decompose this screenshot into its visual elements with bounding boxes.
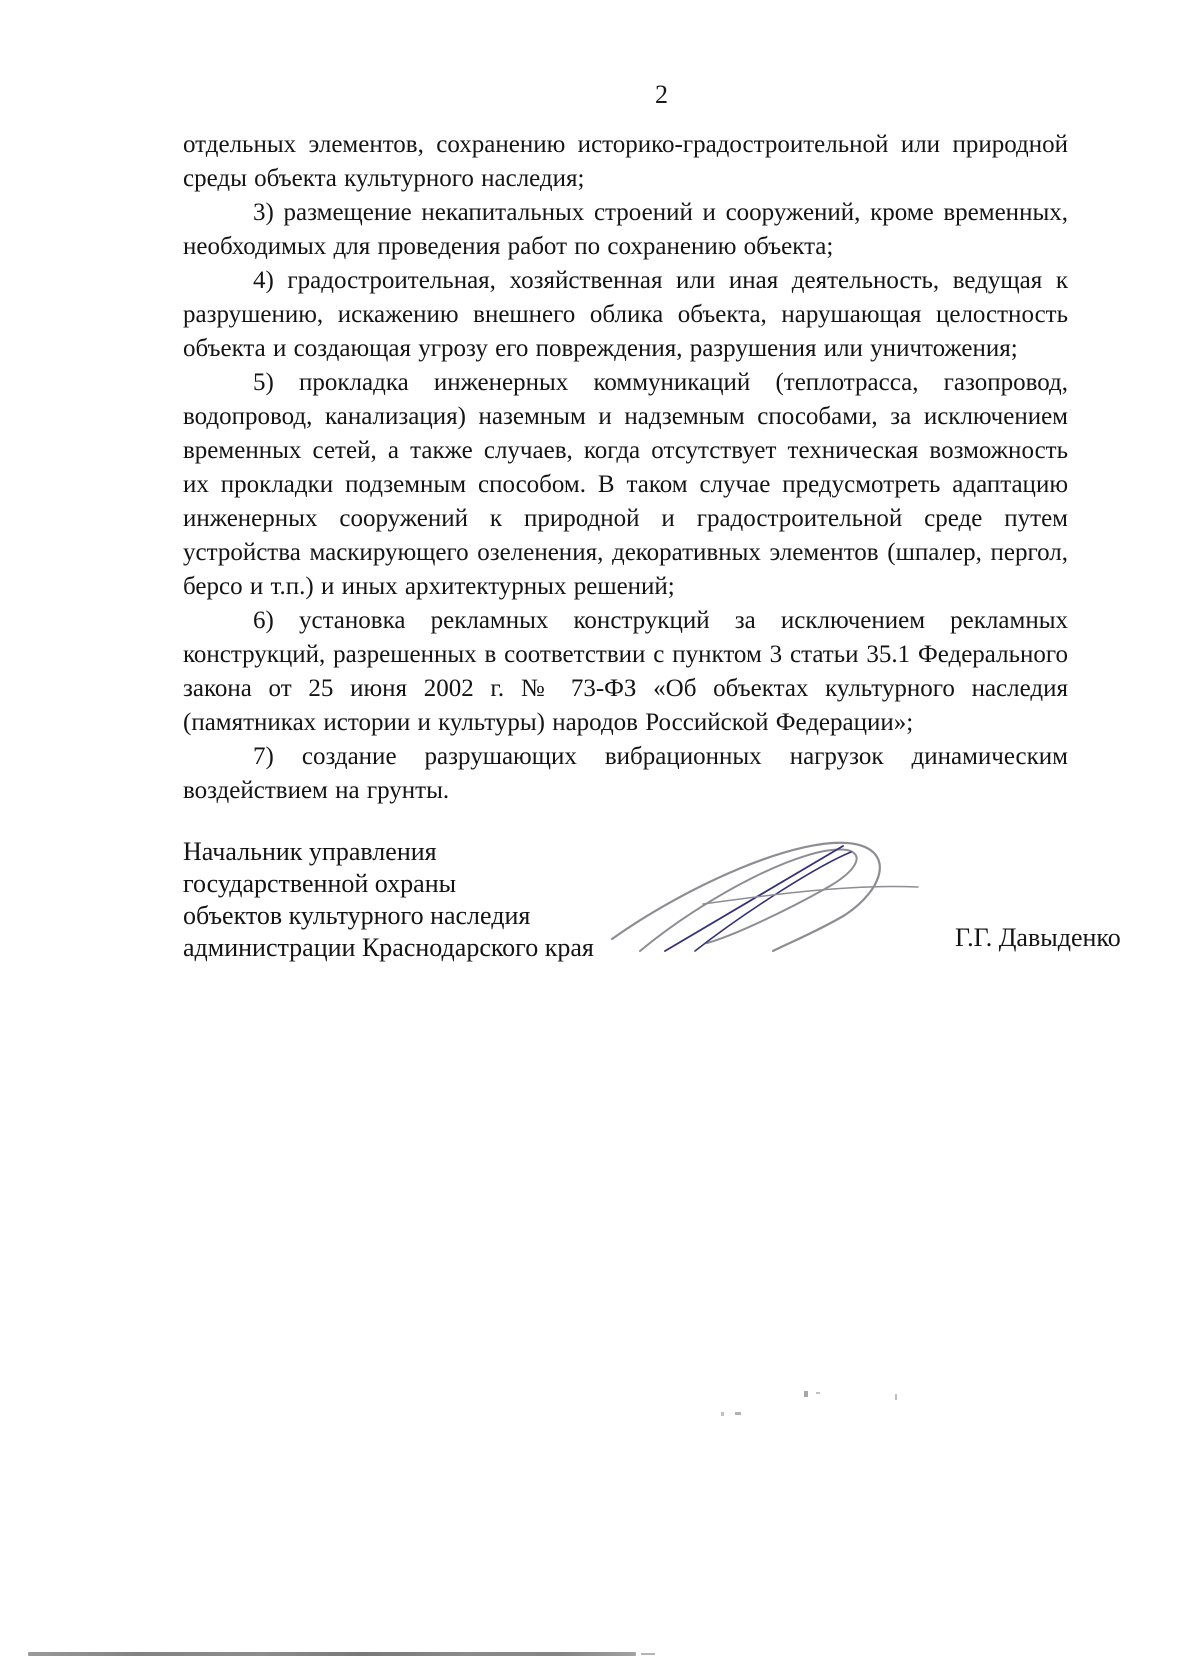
- scan-artifact-speck: [804, 1391, 808, 1397]
- signatory-title-line: государственной охраны: [183, 868, 594, 900]
- body-paragraph: 4) градостроительная, хозяйственная или …: [183, 264, 1068, 366]
- scan-artifact-speck: [816, 1392, 820, 1394]
- document-page: 2 отдельных элементов, сохранению истори…: [0, 0, 1200, 1670]
- scan-artifact-speck: [735, 1412, 741, 1415]
- signatory-title-line: объектов культурного наследия: [183, 900, 594, 932]
- body-paragraph: 3) размещение некапитальных строений и с…: [183, 196, 1068, 264]
- signatory-title-line: Начальник управления: [183, 836, 594, 868]
- scan-artifact-speck: [721, 1412, 724, 1416]
- signature-stroke: [703, 886, 918, 904]
- signatory-title-line: администрации Краснодарского края: [183, 932, 594, 964]
- scan-artifact-speck: [895, 1394, 897, 1400]
- body-paragraph: 5) прокладка инженерных коммуникаций (те…: [183, 366, 1068, 604]
- handwritten-signature-icon: [595, 782, 935, 952]
- document-body: отдельных элементов, сохранению историко…: [183, 128, 1068, 808]
- page-number: 2: [655, 80, 668, 110]
- body-paragraph: отдельных элементов, сохранению историко…: [183, 128, 1068, 196]
- scan-artifact-line-tail: [641, 1653, 655, 1655]
- signatory-title-block: Начальник управления государственной охр…: [183, 836, 594, 964]
- signature-stroke: [612, 843, 880, 951]
- body-paragraph: 6) установка рекламных конструкций за ис…: [183, 604, 1068, 740]
- scan-artifact-line: [28, 1652, 636, 1656]
- signatory-name: Г.Г. Давыденко: [955, 923, 1121, 953]
